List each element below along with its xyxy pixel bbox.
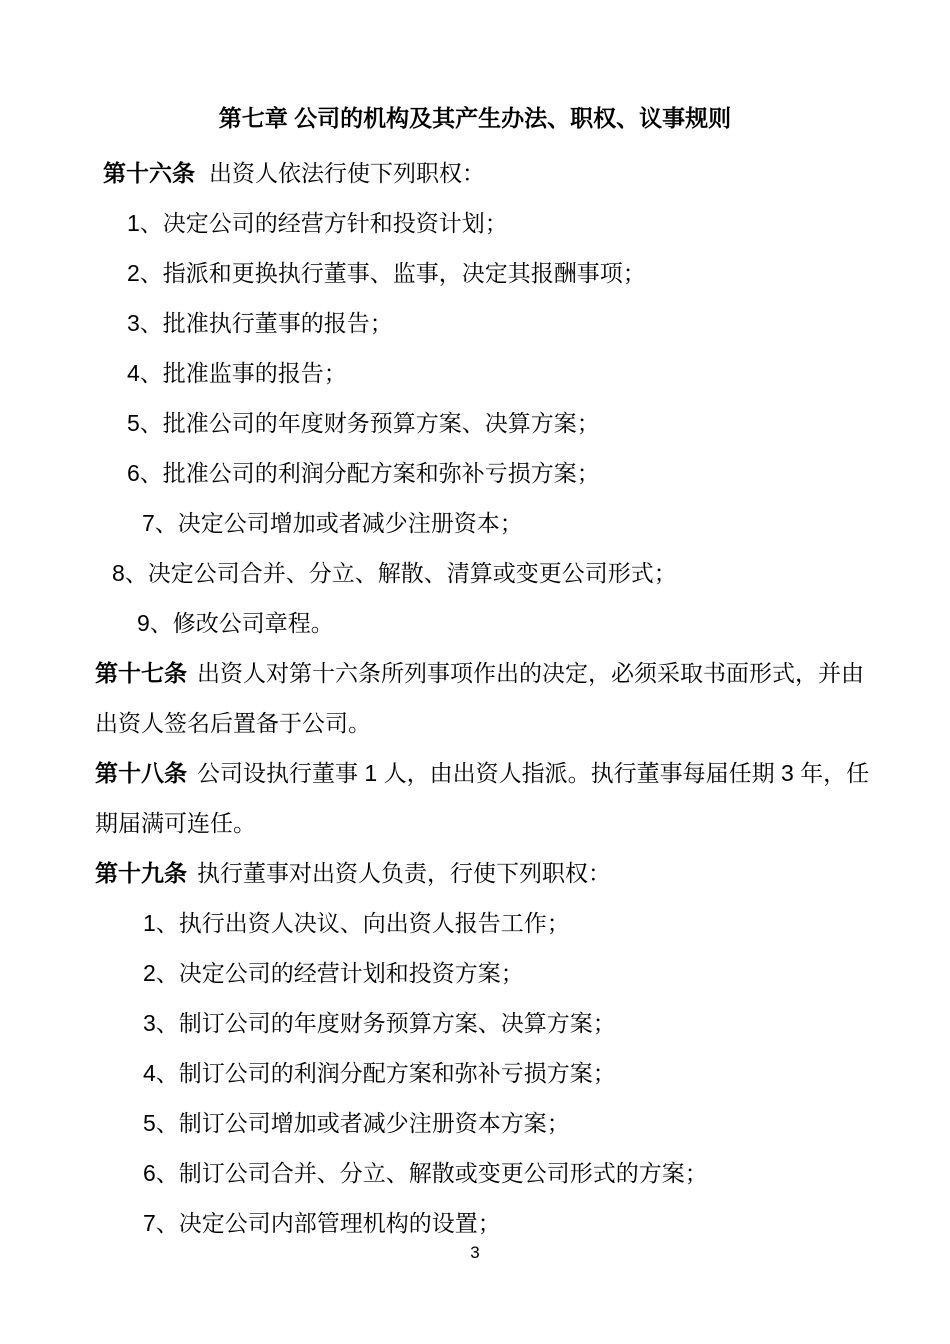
article-19-item-1: 1、执行出资人决议、向出资人报告工作；	[143, 898, 855, 948]
article-17-text-line-1: 出资人对第十六条所列事项作出的决定，必须采取书面形式，并由	[197, 660, 864, 686]
article-16-label: 第十六条	[103, 160, 195, 186]
article-18-label: 第十八条	[95, 760, 187, 786]
article-16-item-3: 3、批准执行董事的报告；	[127, 298, 855, 348]
article-17-line-1: 第十七条出资人对第十六条所列事项作出的决定，必须采取书面形式，并由	[95, 648, 855, 698]
article-17-label: 第十七条	[95, 660, 187, 686]
article-16-item-9: 9、修改公司章程。	[137, 598, 855, 648]
article-19-intro: 执行董事对出资人负责，行使下列职权：	[197, 860, 611, 886]
article-16-item-2: 2、指派和更换执行董事、监事，决定其报酬事项；	[127, 248, 855, 298]
article-19-label: 第十九条	[95, 860, 187, 886]
article-18-text-line-1: 公司设执行董事 1 人，由出资人指派。执行董事每届任期 3 年，任	[197, 760, 869, 786]
article-19-item-5: 5、制订公司增加或者减少注册资本方案；	[143, 1098, 855, 1148]
article-16-item-5: 5、批准公司的年度财务预算方案、决算方案；	[127, 398, 855, 448]
article-19-item-3: 3、制订公司的年度财务预算方案、决算方案；	[143, 998, 855, 1048]
document-page: 第七章 公司的机构及其产生办法、职权、议事规则 第十六条出资人依法行使下列职权：…	[0, 0, 950, 1344]
article-16-item-1: 1、决定公司的经营方针和投资计划；	[127, 198, 855, 248]
chapter-title: 第七章 公司的机构及其产生办法、职权、议事规则	[95, 93, 855, 143]
article-16-item-4: 4、批准监事的报告；	[127, 348, 855, 398]
article-17-line-2: 出资人签名后置备于公司。	[95, 698, 855, 748]
article-16-intro: 出资人依法行使下列职权：	[209, 160, 485, 186]
article-19-item-2: 2、决定公司的经营计划和投资方案；	[143, 948, 855, 998]
article-16-item-6: 6、批准公司的利润分配方案和弥补亏损方案；	[127, 448, 855, 498]
article-19-item-4: 4、制订公司的利润分配方案和弥补亏损方案；	[143, 1048, 855, 1098]
page-number: 3	[0, 1240, 950, 1266]
article-16-heading: 第十六条出资人依法行使下列职权：	[103, 148, 855, 198]
article-19-heading: 第十九条执行董事对出资人负责，行使下列职权：	[95, 848, 855, 898]
article-18-line-2: 期届满可连任。	[95, 798, 855, 848]
article-18-line-1: 第十八条公司设执行董事 1 人，由出资人指派。执行董事每届任期 3 年，任	[95, 748, 855, 798]
document-content: 第七章 公司的机构及其产生办法、职权、议事规则 第十六条出资人依法行使下列职权：…	[95, 93, 855, 1248]
article-19-item-6: 6、制订公司合并、分立、解散或变更公司形式的方案；	[143, 1148, 855, 1198]
article-16-item-7: 7、决定公司增加或者减少注册资本；	[142, 498, 855, 548]
article-16-item-8: 8、决定公司合并、分立、解散、清算或变更公司形式；	[112, 548, 855, 598]
